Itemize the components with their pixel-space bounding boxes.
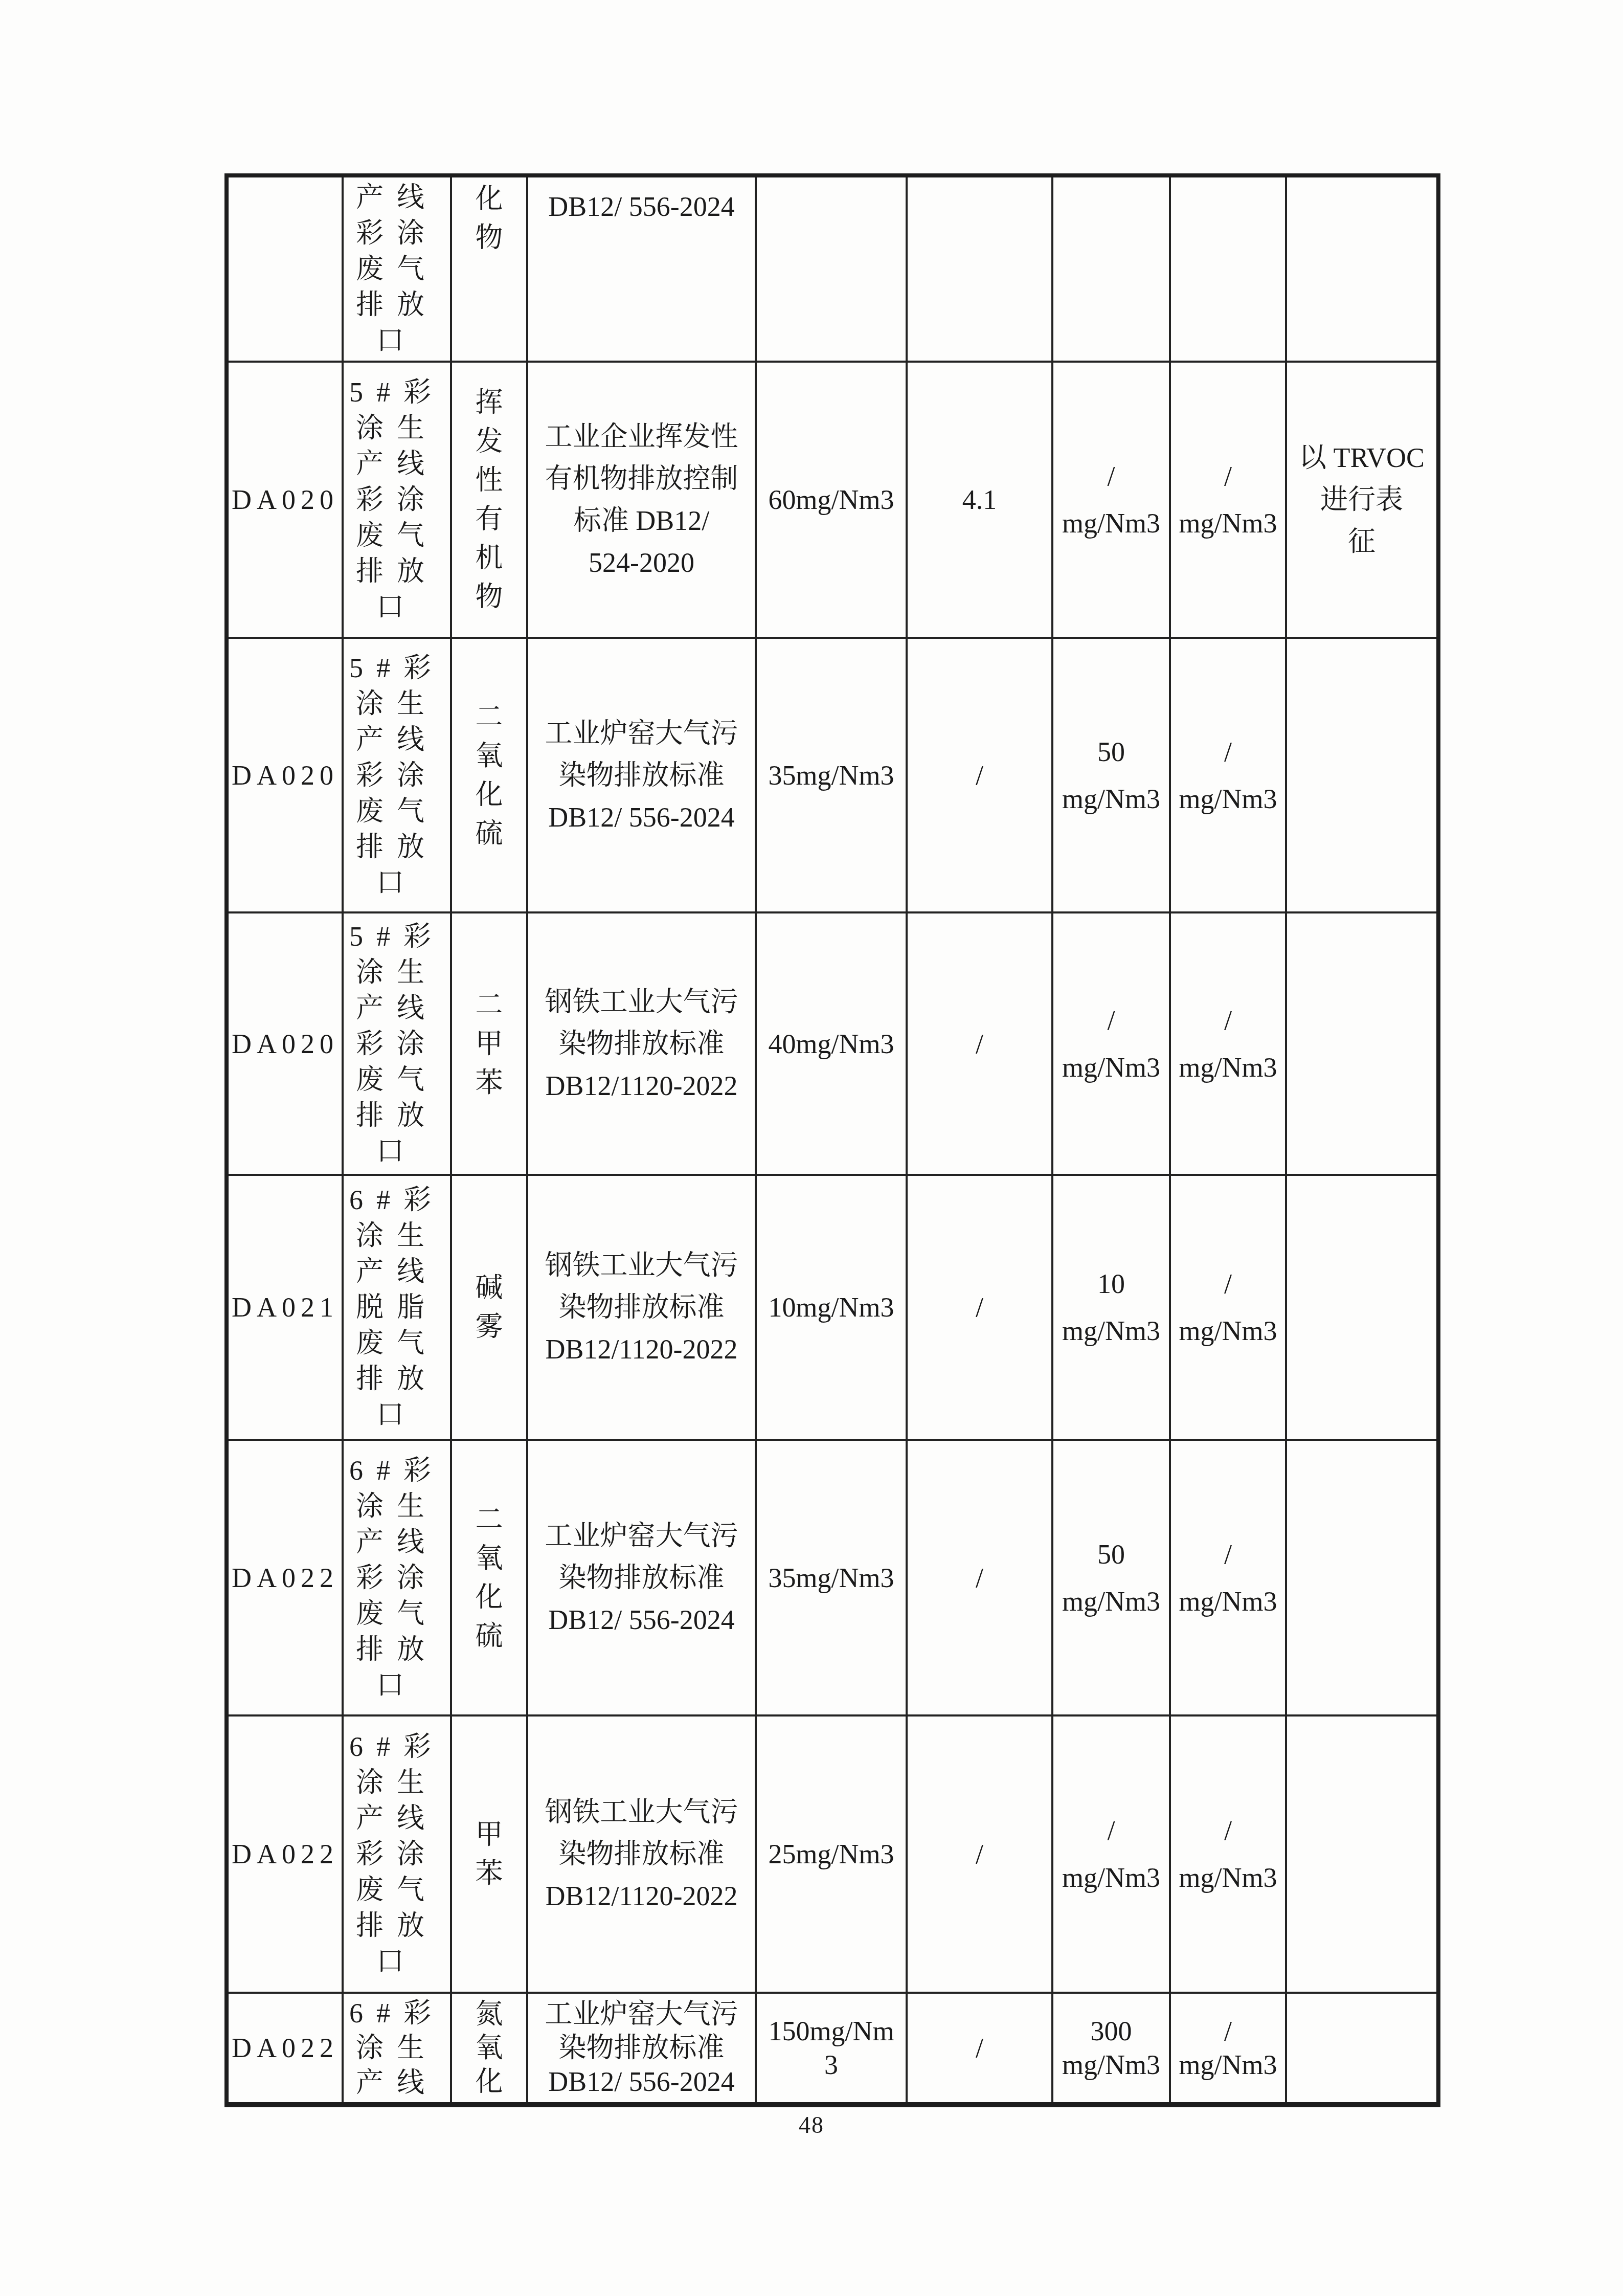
concentration-limit-cell: 10mg/Nm3 xyxy=(756,1175,907,1440)
outlet-name-cell: 6#彩 涂生 产线 xyxy=(343,1993,451,2105)
standard-cell: 钢铁工业大气污 染物排放标准 DB12/1120-2022 xyxy=(527,1175,756,1440)
remark-cell xyxy=(1286,912,1438,1175)
standard-cell: 工业企业挥发性 有机物排放控制 标准 DB12/ 524-2020 xyxy=(527,362,756,638)
permit-value-cell: / mg/Nm3 xyxy=(1052,912,1170,1175)
rate-value-cell: / xyxy=(907,1175,1052,1440)
standard-cell: 工业炉窑大气污 染物排放标准 DB12/ 556-2024 xyxy=(527,1440,756,1715)
outlet-code-cell: DA020 xyxy=(227,362,343,638)
concentration-limit-cell: 60mg/Nm3 xyxy=(756,362,907,638)
outlet-code-cell: DA020 xyxy=(227,912,343,1175)
table-row: DA020 5#彩 涂生 产线 彩涂 废气 排放 口 二 氧 化 硫 工业炉窑大… xyxy=(227,638,1438,912)
pollutant-cell: 甲 苯 xyxy=(451,1715,527,1993)
permit-value2-cell: / mg/Nm3 xyxy=(1170,1440,1286,1715)
permit-value2-cell: / mg/Nm3 xyxy=(1170,638,1286,912)
permit-value-cell: 300 mg/Nm3 xyxy=(1052,1993,1170,2105)
remark-cell xyxy=(1286,175,1438,362)
standard-cell: DB12/ 556-2024 xyxy=(527,175,756,362)
remark-cell xyxy=(1286,1175,1438,1440)
outlet-code-cell: DA022 xyxy=(227,1440,343,1715)
outlet-name-cell: 6#彩 涂生 产线 脱脂 废气 排放 口 xyxy=(343,1175,451,1440)
table-row: DA022 6#彩 涂生 产线 氮 氧 化 工业炉窑大气污 染物排放标准 DB1… xyxy=(227,1993,1438,2105)
standard-cell: 钢铁工业大气污 染物排放标准 DB12/1120-2022 xyxy=(527,912,756,1175)
permit-value2-cell: / mg/Nm3 xyxy=(1170,1175,1286,1440)
rate-value-cell: 4.1 xyxy=(907,362,1052,638)
rate-value-cell: / xyxy=(907,912,1052,1175)
permit-value2-cell: / mg/Nm3 xyxy=(1170,1715,1286,1993)
outlet-name-cell: 产线 彩涂 废气 排放 口 xyxy=(343,175,451,362)
outlet-code-cell: DA022 xyxy=(227,1715,343,1993)
table-row: DA022 6#彩 涂生 产线 彩涂 废气 排放 口 甲 苯 钢铁工业大气污 染… xyxy=(227,1715,1438,1993)
outlet-name-cell: 6#彩 涂生 产线 彩涂 废气 排放 口 xyxy=(343,1715,451,1993)
rate-value-cell: / xyxy=(907,1993,1052,2105)
table-row: DA020 5#彩 涂生 产线 彩涂 废气 排放 口 二 甲 苯 钢铁工业大气污… xyxy=(227,912,1438,1175)
pollutant-cell: 二 甲 苯 xyxy=(451,912,527,1175)
permit-value-cell: 10 mg/Nm3 xyxy=(1052,1175,1170,1440)
permit-value-cell xyxy=(1052,175,1170,362)
pollutant-cell: 二 氧 化 硫 xyxy=(451,1440,527,1715)
table-row: 产线 彩涂 废气 排放 口 化 物 DB12/ 556-2024 xyxy=(227,175,1438,362)
table-row: DA022 6#彩 涂生 产线 彩涂 废气 排放 口 二 氧 化 硫 工业炉窑大… xyxy=(227,1440,1438,1715)
standard-cell: 钢铁工业大气污 染物排放标准 DB12/1120-2022 xyxy=(527,1715,756,1993)
remark-cell: 以 TRVOC 进行表 征 xyxy=(1286,362,1438,638)
remark-cell xyxy=(1286,1993,1438,2105)
pollutant-cell: 二 氧 化 硫 xyxy=(451,638,527,912)
table-row: DA020 5#彩 涂生 产线 彩涂 废气 排放 口 挥 发 性 有 机 物 工… xyxy=(227,362,1438,638)
concentration-limit-cell: 35mg/Nm3 xyxy=(756,1440,907,1715)
rate-value-cell: / xyxy=(907,1440,1052,1715)
remark-cell xyxy=(1286,638,1438,912)
concentration-limit-cell xyxy=(756,175,907,362)
outlet-code-cell: DA021 xyxy=(227,1175,343,1440)
rate-value-cell xyxy=(907,175,1052,362)
concentration-limit-cell: 35mg/Nm3 xyxy=(756,638,907,912)
standard-cell: 工业炉窑大气污 染物排放标准 DB12/ 556-2024 xyxy=(527,1993,756,2105)
outlet-code-cell xyxy=(227,175,343,362)
pollutant-cell: 挥 发 性 有 机 物 xyxy=(451,362,527,638)
page-number: 48 xyxy=(0,2111,1623,2138)
table-row: DA021 6#彩 涂生 产线 脱脂 废气 排放 口 碱 雾 钢铁工业大气污 染… xyxy=(227,1175,1438,1440)
permit-value-cell: 50 mg/Nm3 xyxy=(1052,1440,1170,1715)
rate-value-cell: / xyxy=(907,638,1052,912)
outlet-name-cell: 5#彩 涂生 产线 彩涂 废气 排放 口 xyxy=(343,362,451,638)
permit-value-cell: 50 mg/Nm3 xyxy=(1052,638,1170,912)
emission-outlet-standards-table: 产线 彩涂 废气 排放 口 化 物 DB12/ 556-2024 DA020 5… xyxy=(224,173,1440,2107)
outlet-name-cell: 5#彩 涂生 产线 彩涂 废气 排放 口 xyxy=(343,638,451,912)
remark-cell xyxy=(1286,1715,1438,1993)
permit-value2-cell: / mg/Nm3 xyxy=(1170,1993,1286,2105)
concentration-limit-cell: 150mg/Nm 3 xyxy=(756,1993,907,2105)
permit-value-cell: / mg/Nm3 xyxy=(1052,362,1170,638)
outlet-code-cell: DA022 xyxy=(227,1993,343,2105)
concentration-limit-cell: 40mg/Nm3 xyxy=(756,912,907,1175)
pollutant-cell: 化 物 xyxy=(451,175,527,362)
rate-value-cell: / xyxy=(907,1715,1052,1993)
pollutant-cell: 碱 雾 xyxy=(451,1175,527,1440)
permit-value-cell: / mg/Nm3 xyxy=(1052,1715,1170,1993)
standard-cell: 工业炉窑大气污 染物排放标准 DB12/ 556-2024 xyxy=(527,638,756,912)
permit-value2-cell: / mg/Nm3 xyxy=(1170,912,1286,1175)
outlet-code-cell: DA020 xyxy=(227,638,343,912)
permit-value2-cell xyxy=(1170,175,1286,362)
remark-cell xyxy=(1286,1440,1438,1715)
concentration-limit-cell: 25mg/Nm3 xyxy=(756,1715,907,1993)
outlet-name-cell: 5#彩 涂生 产线 彩涂 废气 排放 口 xyxy=(343,912,451,1175)
permit-value2-cell: / mg/Nm3 xyxy=(1170,362,1286,638)
pollutant-cell: 氮 氧 化 xyxy=(451,1993,527,2105)
outlet-name-cell: 6#彩 涂生 产线 彩涂 废气 排放 口 xyxy=(343,1440,451,1715)
